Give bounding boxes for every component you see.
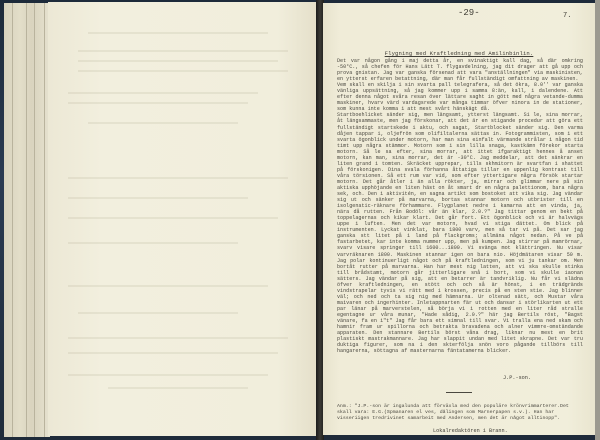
page-edge-line — [26, 3, 27, 437]
page-number: -29- — [458, 8, 480, 18]
show-through-line — [68, 217, 278, 219]
show-through-line — [68, 374, 268, 376]
show-through-line — [88, 122, 238, 124]
page-stack-edges — [4, 3, 50, 437]
left-page — [48, 2, 318, 436]
right-page-edge — [595, 0, 600, 440]
folio-mark: 7. — [563, 12, 571, 20]
show-through-line — [78, 50, 288, 52]
show-through-line — [68, 92, 258, 94]
show-through-line — [68, 197, 248, 199]
show-through-line — [78, 60, 278, 62]
right-page: -29- 7. Flygning med Kraftledning med Am… — [323, 3, 595, 435]
show-through-line — [78, 312, 238, 314]
document-title: Flygning med Kraftledning med Amilinbinl… — [323, 50, 595, 57]
show-through-line — [108, 387, 248, 389]
page-edge-line — [34, 3, 35, 437]
section-divider — [446, 392, 472, 393]
show-through-line — [88, 32, 268, 34]
footer-signature: Lokalredaktören i Brann. — [433, 428, 508, 434]
show-through-line — [68, 177, 288, 179]
page-edge-line — [44, 3, 45, 437]
show-through-line — [68, 242, 238, 244]
show-through-line — [68, 337, 288, 339]
author-signature: J.P.-son. — [503, 375, 531, 381]
page-edge-line — [12, 3, 13, 437]
show-through-line — [68, 102, 248, 104]
document-body: Det var någon gång i maj detta år, en sv… — [337, 58, 583, 354]
show-through-line — [78, 70, 288, 72]
footnote: Anm.: "J.P.-son är ingalunda att förväxl… — [337, 404, 583, 421]
show-through-line — [68, 352, 278, 354]
show-through-line — [68, 285, 268, 287]
